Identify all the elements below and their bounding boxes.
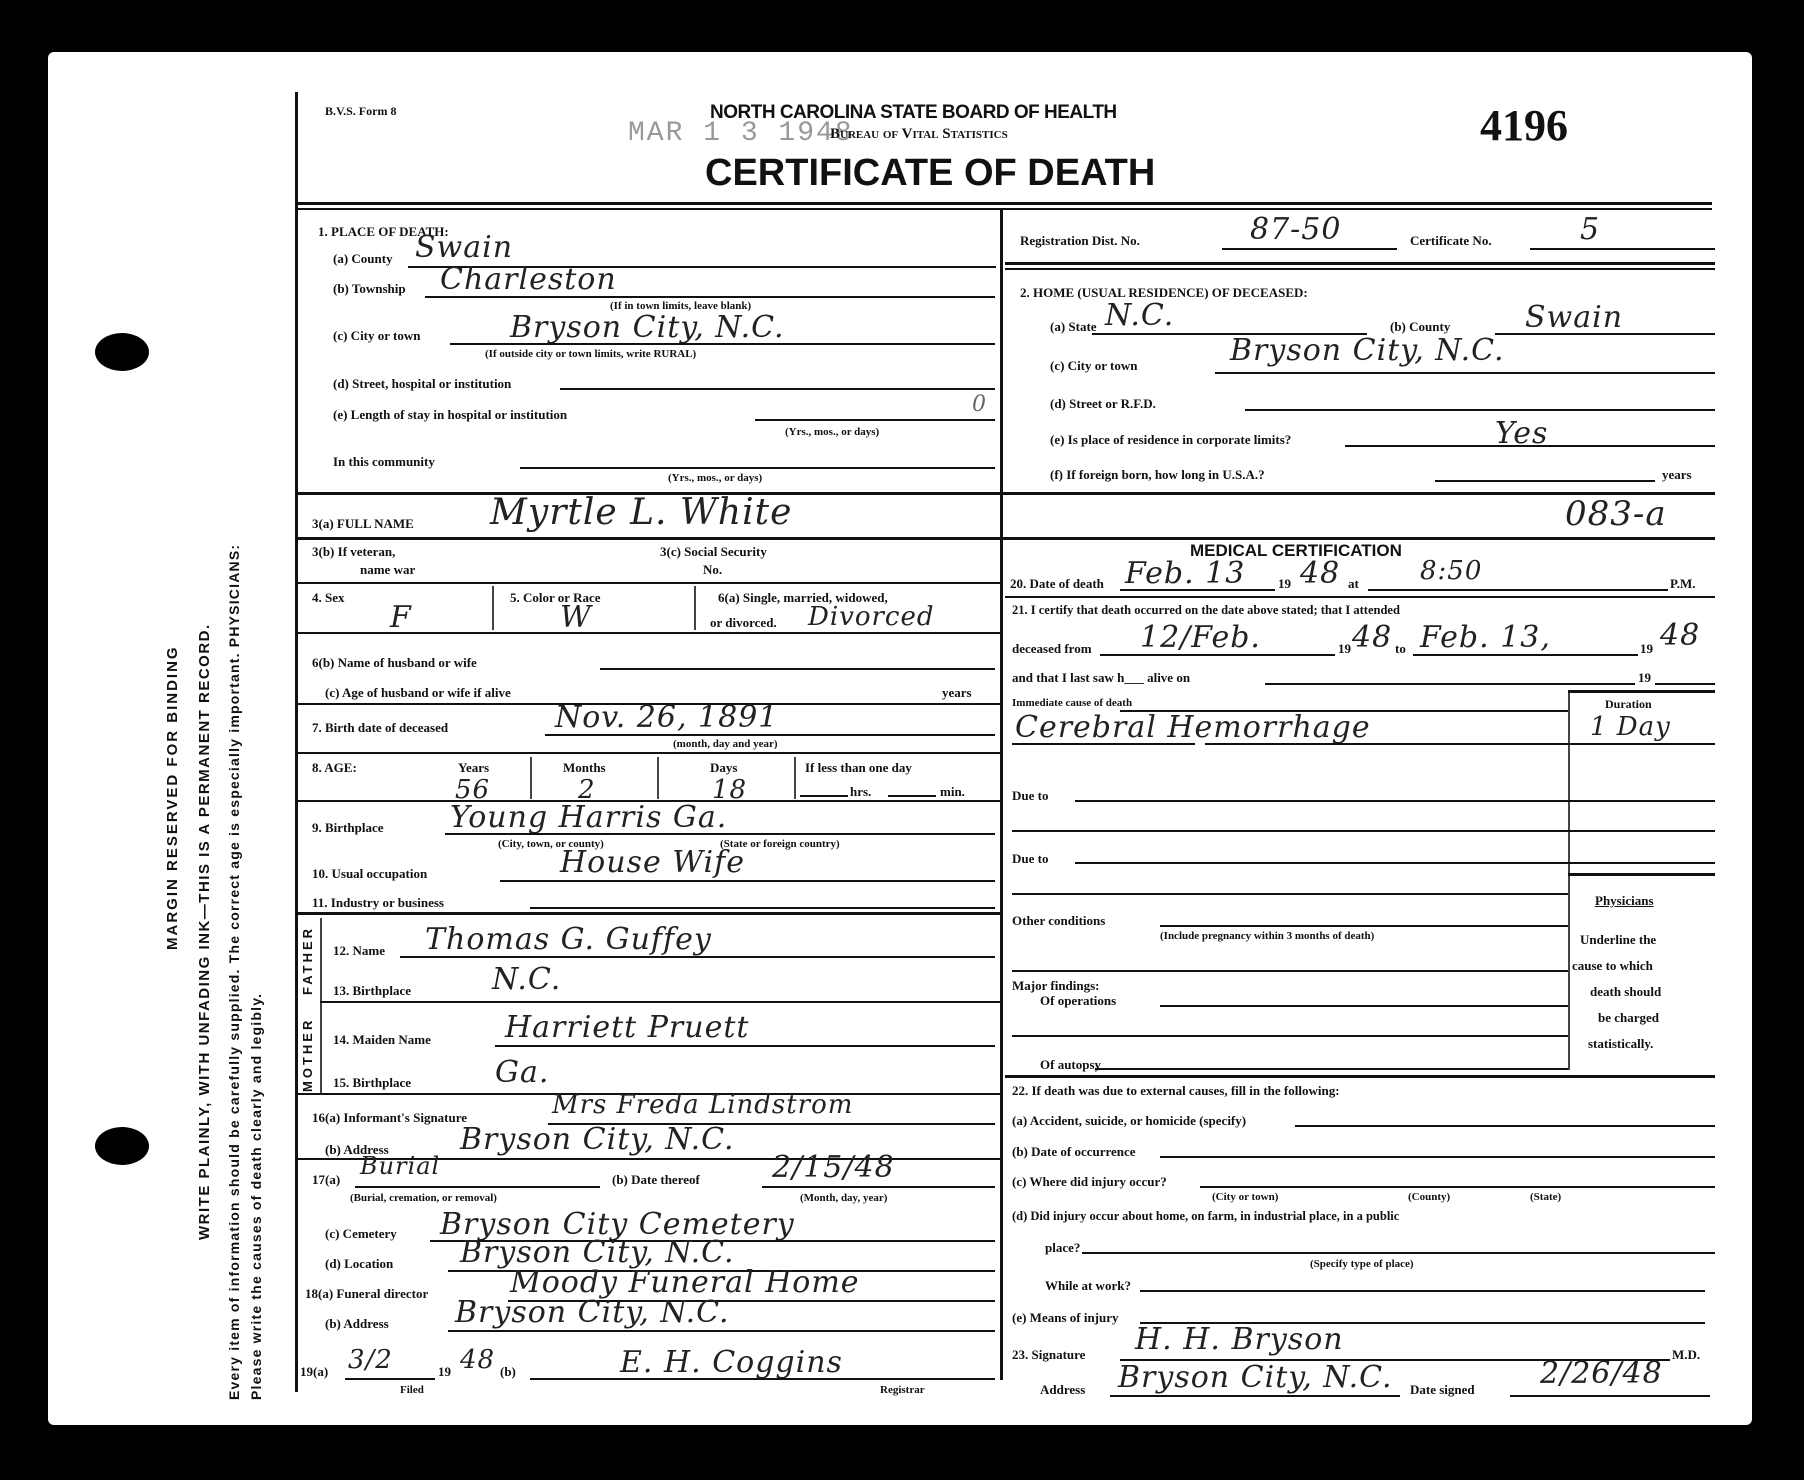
- res-county-line: [1495, 333, 1715, 335]
- physician-note-3: be charged: [1598, 1010, 1659, 1026]
- filed-label: 19(a): [300, 1364, 328, 1380]
- birth-date-note: (month, day and year): [673, 738, 778, 750]
- pod-county-label: (a) County: [333, 251, 393, 267]
- disposition-date-label: (b) Date thereof: [612, 1172, 700, 1188]
- margin-binding-note: MARGIN RESERVED FOR BINDING: [164, 645, 181, 950]
- certificate-paper: [48, 52, 1752, 1425]
- means-label: (e) Means of injury: [1012, 1310, 1119, 1326]
- form-id: B.V.S. Form 8: [325, 104, 396, 119]
- father-side-label: FATHER: [300, 926, 315, 995]
- attend-to-label: to: [1395, 641, 1406, 657]
- attend-to-year-prefix: 19: [1640, 641, 1653, 657]
- race-divider: [694, 586, 696, 630]
- registrar-label: (b): [500, 1364, 516, 1380]
- father-birthplace-value[interactable]: N.C.: [492, 962, 561, 997]
- age-min-line: [888, 795, 936, 797]
- duration-value[interactable]: 1 Day: [1590, 712, 1671, 742]
- parents-side-divider: [320, 918, 322, 1093]
- father-bottom-rule: [320, 1001, 1000, 1003]
- funeral-address-label: (b) Address: [325, 1316, 389, 1332]
- margin-instruction-1: WRITE PLAINLY, WITH UNFADING INK—THIS IS…: [196, 623, 213, 1240]
- document-title: CERTIFICATE OF DEATH: [705, 152, 1155, 195]
- death-time-line: [1368, 589, 1668, 591]
- where-note-state: (State): [1530, 1191, 1561, 1203]
- full-name-value[interactable]: Myrtle L. White: [490, 492, 792, 533]
- age-divider-3: [794, 757, 796, 799]
- age-under-day-label: If less than one day: [805, 760, 912, 776]
- res-state-value[interactable]: N.C.: [1105, 298, 1174, 333]
- due-to-2-line-b: [1012, 893, 1568, 895]
- age-days-label: Days: [710, 760, 737, 776]
- age-months-label: Months: [563, 760, 606, 776]
- race-value[interactable]: W: [560, 600, 592, 635]
- record-number: 4196: [1480, 100, 1568, 151]
- physician-address-value[interactable]: Bryson City, N.C.: [1118, 1360, 1393, 1395]
- mother-maiden-line: [495, 1045, 995, 1047]
- margin-instruction-3: Please write the causes of death clearly…: [248, 993, 264, 1400]
- birth-date-line: [545, 734, 995, 736]
- attend-from-year-prefix: 19: [1338, 641, 1351, 657]
- place-label-2: place?: [1045, 1240, 1080, 1256]
- form-center-divider: [1000, 210, 1003, 1380]
- marital-value[interactable]: Divorced: [808, 602, 935, 632]
- duration-label: Duration: [1605, 697, 1652, 712]
- immediate-cause-value[interactable]: Cerebral Hemorrhage: [1015, 710, 1371, 745]
- last-saw-year-line: [1655, 683, 1715, 685]
- work-label: While at work?: [1045, 1278, 1131, 1294]
- due-to-1-line-b: [1012, 830, 1715, 832]
- sex-value[interactable]: F: [390, 600, 412, 635]
- spouse-age-unit: years: [942, 685, 972, 701]
- mother-maiden-value[interactable]: Harriett Pruett: [505, 1010, 749, 1045]
- pod-city-note: (If outside city or town limits, write R…: [485, 348, 696, 360]
- cause-duration-divider: [1568, 690, 1570, 1070]
- place-note: (Specify type of place): [1310, 1258, 1414, 1270]
- pod-length-line: [755, 419, 995, 421]
- age-hrs-label: hrs.: [850, 784, 871, 800]
- disposition-method-note: (Burial, cremation, or removal): [350, 1192, 497, 1204]
- operations-line: [1160, 1005, 1568, 1007]
- immediate-cause-label: Immediate cause of death: [1012, 697, 1132, 709]
- last-saw-year-prefix: 19: [1638, 670, 1651, 686]
- physician-signature-value[interactable]: H. H. Bryson: [1135, 1322, 1344, 1357]
- duration-top-rule: [1568, 690, 1715, 693]
- pod-township-value[interactable]: Charleston: [440, 262, 617, 297]
- death-date-label: 20. Date of death: [1010, 576, 1104, 592]
- funeral-address-value[interactable]: Bryson City, N.C.: [455, 1295, 730, 1330]
- spouse-label: 6(b) Name of husband or wife: [312, 655, 477, 671]
- father-name-line: [400, 956, 995, 958]
- father-name-value[interactable]: Thomas G. Guffey: [425, 922, 712, 957]
- age-label: 8. AGE:: [312, 760, 357, 776]
- attend-to-value[interactable]: Feb. 13,: [1420, 620, 1551, 655]
- death-year-value[interactable]: 48: [1300, 556, 1340, 591]
- pod-length-note: (Yrs., mos., or days): [785, 426, 879, 438]
- res-street-label: (d) Street or R.F.D.: [1050, 396, 1156, 412]
- where-line: [1200, 1186, 1715, 1188]
- death-date-bottom-rule: [1005, 596, 1715, 598]
- physician-title-suffix: M.D.: [1672, 1347, 1700, 1363]
- other-conditions-note: (Include pregnancy within 3 months of de…: [1160, 930, 1374, 942]
- disposition-date-note: (Month, day, year): [800, 1192, 887, 1204]
- registrar-value[interactable]: E. H. Coggins: [620, 1345, 843, 1380]
- autopsy-bottom-rule: [1005, 1075, 1715, 1078]
- funeral-address-line: [448, 1330, 995, 1332]
- immediate-cause-line-2: [1205, 743, 1715, 745]
- mother-birthplace-value[interactable]: Ga.: [495, 1055, 549, 1090]
- occurrence-date-label: (b) Date of occurrence: [1012, 1144, 1136, 1160]
- birth-date-bottom-rule: [297, 752, 1000, 754]
- full-name-label: 3(a) FULL NAME: [312, 516, 414, 532]
- industry-line: [530, 907, 995, 909]
- filed-year-prefix: 19: [438, 1364, 451, 1380]
- other-conditions-label: Other conditions: [1012, 913, 1105, 929]
- medical-top-rule: [1005, 537, 1715, 540]
- attend-to-line: [1413, 654, 1638, 656]
- death-year-prefix: 19: [1278, 576, 1291, 592]
- veteran-label-2: name war: [360, 562, 415, 578]
- physician-note-1: cause to which: [1572, 958, 1653, 974]
- mother-maiden-label: 14. Maiden Name: [333, 1032, 431, 1048]
- sex-label: 4. Sex: [312, 590, 345, 606]
- last-saw-line: [1265, 683, 1635, 685]
- cemetery-label: (c) Cemetery: [325, 1226, 397, 1242]
- header-rule-1: [297, 202, 1712, 205]
- disposition-date-line: [762, 1186, 995, 1188]
- birthplace-label: 9. Birthplace: [312, 820, 384, 836]
- ssn-label-1: 3(c) Social Security: [660, 544, 767, 560]
- physician-signature-label: 23. Signature: [1012, 1347, 1085, 1363]
- due-to-1-line: [1075, 800, 1715, 802]
- reg-certificate-label: Certificate No.: [1410, 233, 1492, 249]
- ssn-label-2: No.: [703, 562, 722, 578]
- date-signed-value[interactable]: 2/26/48: [1540, 1356, 1663, 1391]
- due-to-2-label: Due to: [1012, 851, 1048, 867]
- industry-label: 11. Industry or business: [312, 895, 444, 911]
- father-birthplace-label: 13. Birthplace: [333, 983, 411, 999]
- due-to-2-duration-rule: [1568, 873, 1715, 876]
- pod-city-line: [450, 343, 995, 345]
- form-left-border: [295, 92, 298, 1392]
- where-note-county: (County): [1408, 1191, 1450, 1203]
- registrar-note: Registrar: [880, 1384, 925, 1396]
- physician-heading: Physicians: [1595, 893, 1654, 909]
- other-conditions-line-b: [1012, 970, 1568, 972]
- binding-hole-top: [95, 333, 149, 371]
- occupation-value[interactable]: House Wife: [560, 845, 745, 880]
- attend-from-line: [1100, 654, 1335, 656]
- veteran-bottom-rule: [297, 582, 1000, 584]
- accident-label: (a) Accident, suicide, or homicide (spec…: [1012, 1113, 1246, 1129]
- filed-year-value[interactable]: 48: [460, 1345, 495, 1375]
- external-heading: 22. If death was due to external causes,…: [1012, 1083, 1340, 1099]
- physician-note-0: Underline the: [1580, 932, 1656, 948]
- reg-certificate-value[interactable]: 5: [1580, 212, 1600, 247]
- due-to-2-line: [1075, 862, 1715, 864]
- attend-from-year[interactable]: 48: [1352, 620, 1392, 655]
- where-note-city: (City or town): [1212, 1191, 1278, 1203]
- age-hrs-line: [800, 795, 848, 797]
- age-divider-1: [530, 757, 532, 799]
- occurrence-date-line: [1160, 1156, 1715, 1158]
- disposition-method-line: [355, 1186, 600, 1188]
- age-divider-2: [657, 757, 659, 799]
- pod-city-label: (c) City or town: [333, 328, 421, 344]
- death-time-label: at: [1348, 576, 1359, 592]
- binding-hole-bottom: [95, 1127, 149, 1165]
- occupation-label: 10. Usual occupation: [312, 866, 427, 882]
- death-date-value[interactable]: Feb. 13: [1125, 556, 1245, 591]
- res-city-value[interactable]: Bryson City, N.C.: [1230, 333, 1505, 368]
- res-street-line: [1245, 409, 1715, 411]
- pod-city-value[interactable]: Bryson City, N.C.: [510, 310, 785, 345]
- pod-community-label: In this community: [333, 454, 435, 470]
- res-foreign-unit: years: [1662, 467, 1692, 483]
- last-saw-label: and that I last saw h___ alive on: [1012, 670, 1190, 686]
- disposition-method-label: 17(a): [312, 1172, 340, 1188]
- date-signed-label: Date signed: [1410, 1382, 1475, 1398]
- mother-side-label: MOTHER: [300, 1018, 315, 1092]
- marital-label-2: or divorced.: [710, 615, 777, 631]
- res-foreign-label: (f) If foreign born, how long in U.S.A.?: [1050, 467, 1265, 483]
- received-stamp: MAR 1 3 1948: [628, 118, 854, 149]
- reg-district-value[interactable]: 87-50: [1250, 212, 1341, 247]
- operations-line-b: [1012, 1035, 1568, 1037]
- informant-signature-label: 16(a) Informant's Signature: [312, 1110, 467, 1126]
- reg-rule-2: [1005, 268, 1715, 270]
- informant-signature-value[interactable]: Mrs Freda Lindstrom: [552, 1090, 853, 1120]
- pod-length-value[interactable]: 0: [972, 392, 987, 417]
- disposition-method-value[interactable]: Burial: [360, 1152, 440, 1180]
- birthplace-line: [445, 833, 995, 835]
- age-years-label: Years: [458, 760, 489, 776]
- birth-date-label: 7. Birth date of deceased: [312, 720, 448, 736]
- attend-text: 21. I certify that death occurred on the…: [1012, 603, 1400, 618]
- mother-birthplace-label: 15. Birthplace: [333, 1075, 411, 1091]
- res-city-label: (c) City or town: [1050, 358, 1138, 374]
- reg-district-label: Registration Dist. No.: [1020, 233, 1140, 249]
- veteran-label-1: 3(b) If veteran,: [312, 544, 395, 560]
- reg-district-line: [1222, 248, 1397, 250]
- place-label-1: (d) Did injury occur about home, on farm…: [1012, 1209, 1399, 1224]
- father-name-label: 12. Name: [333, 943, 385, 959]
- work-line: [1140, 1290, 1705, 1292]
- operations-label: Of operations: [1040, 993, 1116, 1009]
- reg-certificate-line: [1530, 248, 1715, 250]
- birth-date-value[interactable]: Nov. 26, 1891: [555, 700, 778, 735]
- age-min-label: min.: [940, 784, 965, 800]
- date-signed-line: [1510, 1395, 1710, 1397]
- pod-length-label: (e) Length of stay in hospital or instit…: [333, 407, 567, 423]
- file-code-value[interactable]: 083-a: [1565, 494, 1667, 534]
- res-city-line: [1215, 372, 1715, 374]
- death-date-line: [1120, 589, 1275, 591]
- physician-note-2: death should: [1590, 984, 1661, 1000]
- death-time-value[interactable]: 8:50: [1420, 556, 1482, 586]
- res-corporate-label: (e) Is place of residence in corporate l…: [1050, 432, 1291, 448]
- pod-community-line: [520, 467, 995, 469]
- marital-bottom-rule: [297, 632, 1000, 634]
- pod-county-value[interactable]: Swain: [415, 230, 513, 265]
- accident-line: [1295, 1125, 1715, 1127]
- occupation-line: [500, 880, 995, 882]
- attend-to-year[interactable]: 48: [1660, 618, 1700, 653]
- location-label: (d) Location: [325, 1256, 393, 1272]
- autopsy-line: [1095, 1068, 1568, 1070]
- pod-township-line: [425, 296, 995, 298]
- industry-bottom-rule: [297, 912, 1000, 915]
- pod-street-line: [560, 388, 995, 390]
- pod-community-note: (Yrs., mos., or days): [668, 472, 762, 484]
- filed-date-value[interactable]: 3/2: [348, 1345, 393, 1375]
- place-line: [1082, 1252, 1715, 1254]
- res-county-value[interactable]: Swain: [1525, 300, 1623, 335]
- sex-divider: [492, 586, 494, 630]
- funeral-director-label: 18(a) Funeral director: [305, 1286, 428, 1302]
- immediate-cause-line-1: [1012, 743, 1195, 745]
- margin-instruction-2: Every item of information should be care…: [226, 544, 242, 1400]
- res-corporate-line: [1345, 445, 1715, 447]
- autopsy-label: Of autopsy: [1040, 1057, 1101, 1073]
- other-conditions-line: [1160, 925, 1568, 927]
- due-to-1-label: Due to: [1012, 788, 1048, 804]
- physician-address-line: [1110, 1395, 1400, 1397]
- res-state-label: (a) State: [1050, 319, 1097, 335]
- res-foreign-line: [1435, 480, 1655, 482]
- spouse-age-label: (c) Age of husband or wife if alive: [325, 685, 511, 701]
- filed-note: Filed: [400, 1384, 424, 1396]
- findings-label: Major findings:: [1012, 978, 1100, 994]
- physician-note-4: statistically.: [1588, 1036, 1653, 1052]
- birthplace-value[interactable]: Young Harris Ga.: [450, 800, 727, 835]
- informant-address-value[interactable]: Bryson City, N.C.: [460, 1122, 735, 1157]
- death-time-suffix: P.M.: [1670, 576, 1696, 592]
- filed-date-line: [345, 1378, 435, 1380]
- attend-from-value[interactable]: 12/Feb.: [1140, 620, 1261, 655]
- spouse-line: [600, 668, 995, 670]
- disposition-date-value[interactable]: 2/15/48: [772, 1150, 895, 1185]
- registrar-line: [530, 1378, 995, 1380]
- pod-street-label: (d) Street, hospital or institution: [333, 376, 511, 392]
- header-rule-2: [297, 208, 1712, 210]
- pod-township-label: (b) Township: [333, 281, 406, 297]
- bureau-name: Bureau of Vital Statistics: [830, 126, 1008, 143]
- where-label: (c) Where did injury occur?: [1012, 1174, 1167, 1190]
- physician-address-label: Address: [1040, 1382, 1085, 1398]
- attend-from-label: deceased from: [1012, 641, 1092, 657]
- reg-rule-1: [1005, 262, 1715, 265]
